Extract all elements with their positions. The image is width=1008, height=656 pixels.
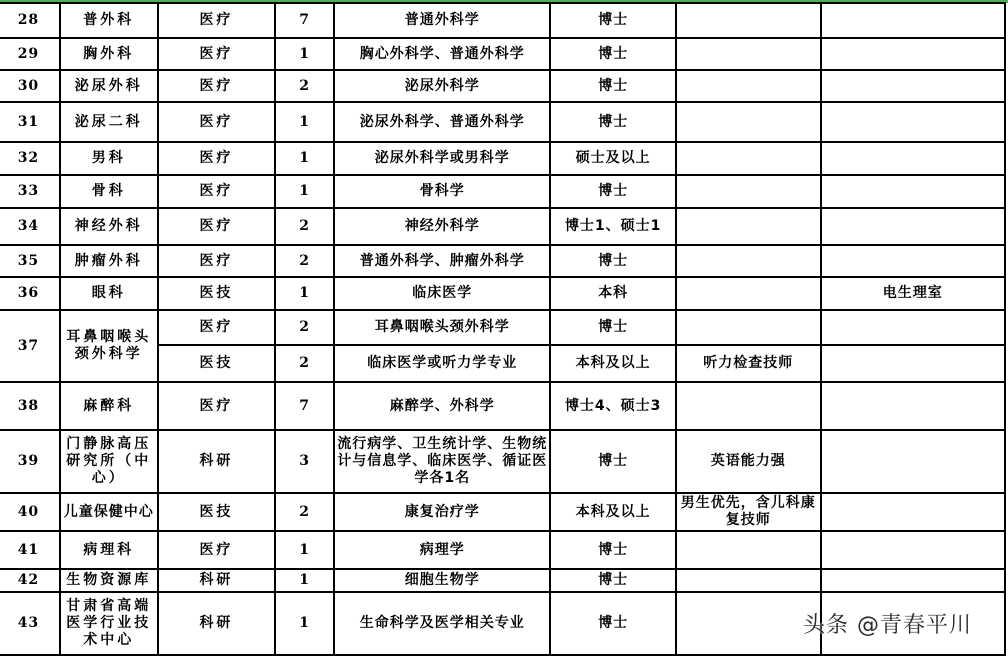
cell-type: 医疗 [158,102,276,142]
cell-dept: 甘肃省高端医学行业技术中心 [60,592,158,655]
table-row: 39 门静脉高压研究所（中心） 科研 3 流行病学、卫生统计学、生物统计与信息学… [0,430,1005,493]
cell-count: 7 [275,382,334,430]
cell-note [821,38,1005,70]
cell-major: 麻醉学、外科学 [334,382,550,430]
cell-major: 普通外科学 [334,3,550,38]
cell-note [821,382,1005,430]
cell-req [676,208,821,245]
table-row: 40 儿童保健中心 医技 2 康复治疗学 本科及以上 男生优先，含儿科康复技师 [0,493,1005,531]
cell-major: 耳鼻咽喉头颈外科学 [334,310,550,345]
cell-degree: 博士 [550,531,676,569]
cell-type: 医技 [158,493,276,531]
cell-no: 41 [0,531,60,569]
cell-no: 31 [0,102,60,142]
cell-major: 病理学 [334,531,550,569]
cell-no: 40 [0,493,60,531]
cell-type: 医疗 [158,245,276,277]
table-row: 30 泌尿外科 医疗 2 泌尿外科学 博士 [0,70,1005,102]
cell-dept: 麻醉科 [60,382,158,430]
cell-dept: 普外科 [60,3,158,38]
cell-degree: 博士1、硕士1 [550,208,676,245]
cell-type: 医疗 [158,142,276,175]
cell-no: 42 [0,569,60,592]
cell-major: 胸心外科学、普通外科学 [334,38,550,70]
cell-req [676,245,821,277]
cell-req: 男生优先，含儿科康复技师 [676,493,821,531]
cell-note [821,70,1005,102]
cell-no: 43 [0,592,60,655]
cell-major: 临床医学 [334,277,550,310]
cell-count: 2 [275,493,334,531]
cell-degree: 博士 [550,102,676,142]
cell-degree: 本科及以上 [550,493,676,531]
table-row: 36 眼科 医技 1 临床医学 本科 电生理室 [0,277,1005,310]
cell-no: 28 [0,3,60,38]
cell-major: 细胞生物学 [334,569,550,592]
cell-req [676,592,821,655]
cell-no: 35 [0,245,60,277]
cell-major: 泌尿外科学或男科学 [334,142,550,175]
cell-degree: 博士 [550,3,676,38]
table-row: 28 普外科 医疗 7 普通外科学 博士 [0,3,1005,38]
cell-type: 医疗 [158,310,276,345]
cell-degree: 本科及以上 [550,345,676,382]
cell-count: 1 [275,531,334,569]
cell-major: 生命科学及医学相关专业 [334,592,550,655]
cell-major: 泌尿外科学 [334,70,550,102]
cell-note [821,208,1005,245]
cell-note [821,569,1005,592]
cell-req [676,277,821,310]
cell-type: 科研 [158,430,276,493]
cell-req [676,175,821,208]
cell-count: 1 [275,592,334,655]
table-row: 35 肿瘤外科 医疗 2 普通外科学、肿瘤外科学 博士 [0,245,1005,277]
cell-note [821,345,1005,382]
cell-count: 2 [275,245,334,277]
cell-dept: 耳鼻咽喉头颈外科学 [60,310,158,382]
cell-note: 电生理室 [821,277,1005,310]
cell-dept: 眼科 [60,277,158,310]
cell-no: 39 [0,430,60,493]
cell-dept: 儿童保健中心 [60,493,158,531]
cell-type: 医技 [158,277,276,310]
cell-req [676,310,821,345]
cell-req [676,142,821,175]
cell-degree: 博士 [550,569,676,592]
cell-dept: 泌尿外科 [60,70,158,102]
cell-degree: 博士 [550,310,676,345]
cell-no: 34 [0,208,60,245]
cell-dept: 生物资源库 [60,569,158,592]
cell-req: 听力检查技师 [676,345,821,382]
cell-req [676,382,821,430]
table-row: 34 神经外科 医疗 2 神经外科学 博士1、硕士1 [0,208,1005,245]
cell-note [821,430,1005,493]
cell-req [676,3,821,38]
cell-req [676,102,821,142]
cell-no: 36 [0,277,60,310]
table-row: 32 男科 医疗 1 泌尿外科学或男科学 硕士及以上 [0,142,1005,175]
cell-no: 37 [0,310,60,382]
cell-req: 英语能力强 [676,430,821,493]
cell-degree: 博士4、硕士3 [550,382,676,430]
cell-type: 医疗 [158,70,276,102]
recruitment-table: 28 普外科 医疗 7 普通外科学 博士 29 胸外科 医疗 1 胸心外科学、普… [0,2,1006,656]
cell-no: 32 [0,142,60,175]
cell-type: 科研 [158,592,276,655]
cell-type: 科研 [158,569,276,592]
cell-degree: 本科 [550,277,676,310]
cell-major: 普通外科学、肿瘤外科学 [334,245,550,277]
cell-count: 1 [275,142,334,175]
cell-major: 神经外科学 [334,208,550,245]
cell-count: 2 [275,310,334,345]
cell-type: 医疗 [158,208,276,245]
cell-no: 29 [0,38,60,70]
cell-count: 7 [275,3,334,38]
table-row: 33 骨科 医疗 1 骨科学 博士 [0,175,1005,208]
cell-count: 2 [275,208,334,245]
cell-req [676,70,821,102]
cell-count: 2 [275,70,334,102]
cell-type: 医疗 [158,3,276,38]
table-row: 29 胸外科 医疗 1 胸心外科学、普通外科学 博士 [0,38,1005,70]
cell-count: 3 [275,430,334,493]
cell-no: 38 [0,382,60,430]
cell-req [676,531,821,569]
watermark: 头条 @青春平川 [803,608,972,639]
cell-count: 2 [275,345,334,382]
cell-count: 1 [275,277,334,310]
cell-count: 1 [275,38,334,70]
cell-degree: 博士 [550,70,676,102]
cell-degree: 博士 [550,245,676,277]
table-row: 31 泌尿二科 医疗 1 泌尿外科学、普通外科学 博士 [0,102,1005,142]
cell-degree: 博士 [550,38,676,70]
cell-dept: 骨科 [60,175,158,208]
cell-dept: 神经外科 [60,208,158,245]
cell-dept: 胸外科 [60,38,158,70]
cell-degree: 硕士及以上 [550,142,676,175]
cell-dept: 男科 [60,142,158,175]
cell-dept: 泌尿二科 [60,102,158,142]
table-row: 38 麻醉科 医疗 7 麻醉学、外科学 博士4、硕士3 [0,382,1005,430]
cell-major: 骨科学 [334,175,550,208]
cell-type: 医疗 [158,175,276,208]
cell-type: 医技 [158,345,276,382]
table-row: 41 病理科 医疗 1 病理学 博士 [0,531,1005,569]
cell-major: 临床医学或听力学专业 [334,345,550,382]
cell-count: 1 [275,102,334,142]
cell-note [821,310,1005,345]
cell-major: 泌尿外科学、普通外科学 [334,102,550,142]
cell-type: 医疗 [158,531,276,569]
cell-type: 医疗 [158,38,276,70]
cell-note [821,3,1005,38]
cell-req [676,569,821,592]
cell-major: 流行病学、卫生统计学、生物统计与信息学、临床医学、循证医学各1名 [334,430,550,493]
cell-count: 1 [275,175,334,208]
cell-dept: 门静脉高压研究所（中心） [60,430,158,493]
cell-note [821,493,1005,531]
cell-degree: 博士 [550,592,676,655]
cell-degree: 博士 [550,175,676,208]
cell-note [821,102,1005,142]
cell-note [821,175,1005,208]
cell-req [676,38,821,70]
table-row: 37 耳鼻咽喉头颈外科学 医疗 2 耳鼻咽喉头颈外科学 博士 [0,310,1005,345]
cell-major: 康复治疗学 [334,493,550,531]
cell-count: 1 [275,569,334,592]
cell-note [821,142,1005,175]
cell-dept: 肿瘤外科 [60,245,158,277]
cell-type: 医疗 [158,382,276,430]
table-row: 42 生物资源库 科研 1 细胞生物学 博士 [0,569,1005,592]
cell-note [821,531,1005,569]
cell-dept: 病理科 [60,531,158,569]
cell-no: 30 [0,70,60,102]
cell-note [821,245,1005,277]
cell-degree: 博士 [550,430,676,493]
cell-no: 33 [0,175,60,208]
